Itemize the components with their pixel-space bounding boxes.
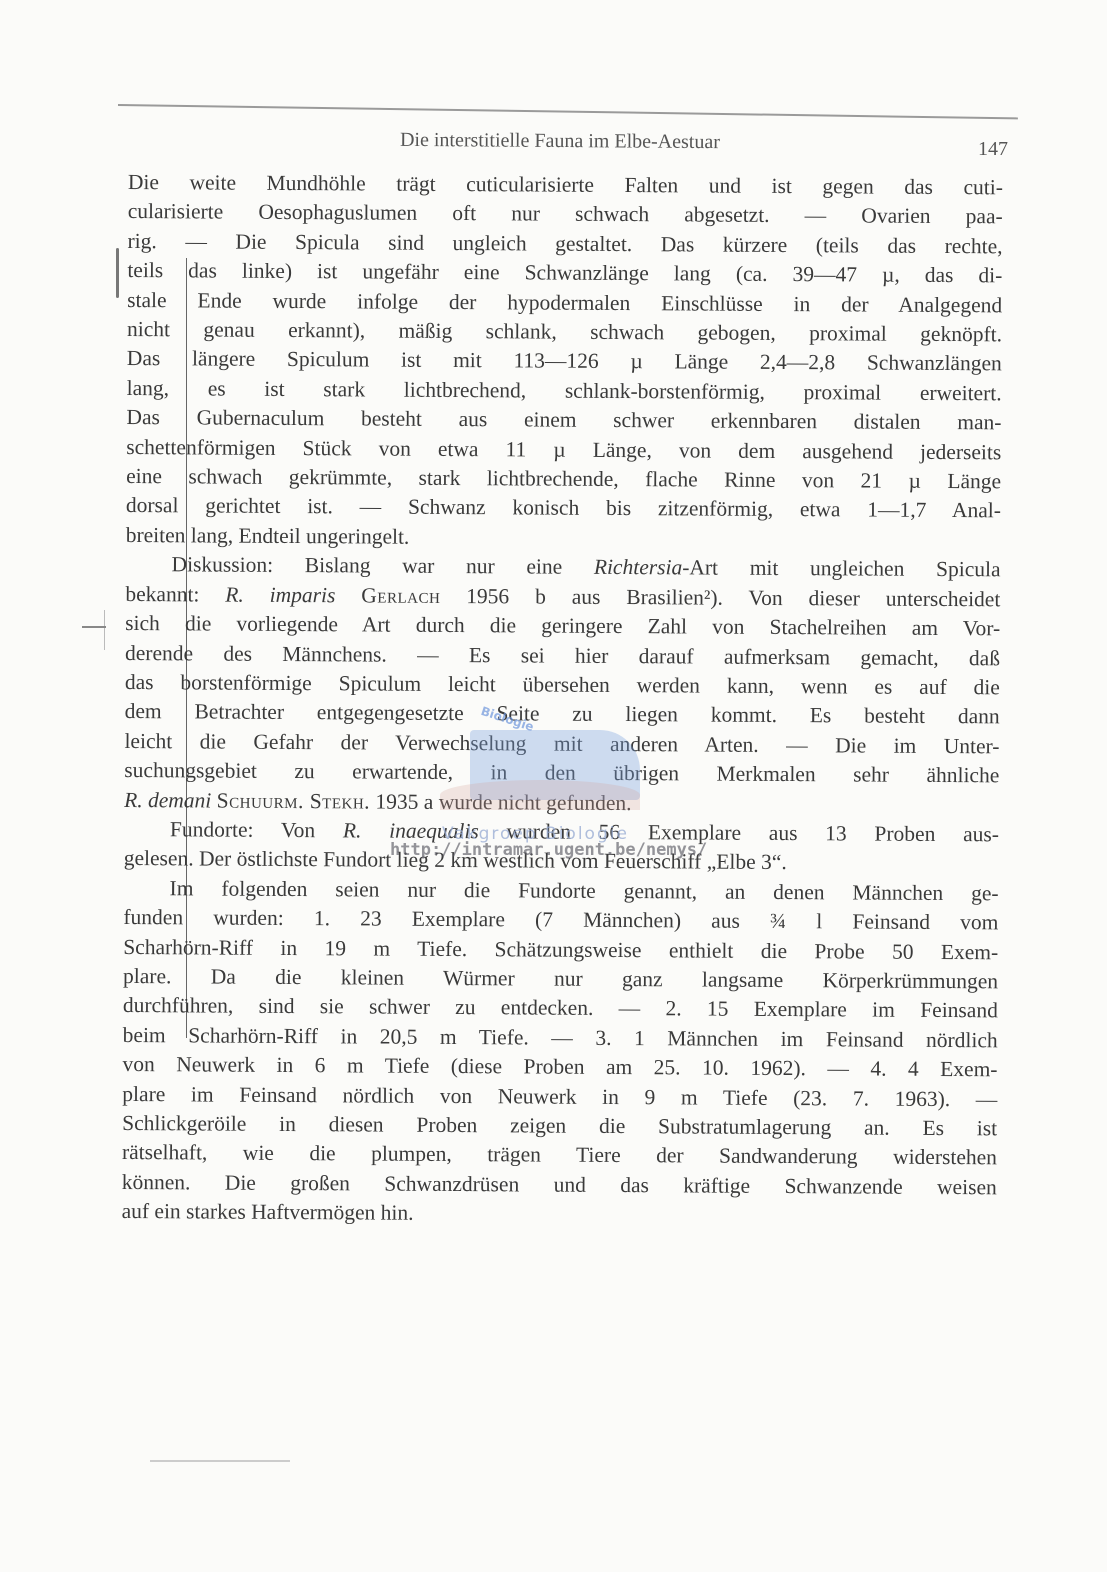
margin-tick [104, 610, 105, 650]
margin-mark [116, 248, 119, 298]
author-name: Schuurm. Stekh. [217, 788, 371, 813]
text-run: -Art mit ungleichen Spicula [682, 556, 1000, 582]
genus-name: Richtersia [594, 555, 683, 580]
text-line: auf ein starkes Haftvermögen hin. [122, 1197, 997, 1232]
header-rule [118, 104, 1018, 119]
text-run: 1935 a wurde nicht gefunden. [370, 789, 632, 815]
author-name: Gerlach [361, 583, 440, 607]
paragraph-diskussion: Diskussion: Bislang war nur eine Richter… [124, 550, 1001, 820]
text-run: Fundorte: Von [170, 817, 343, 842]
species-name: R. imparis [225, 582, 335, 607]
footer-smudge [150, 1460, 290, 1462]
running-title: Die interstitielle Fauna im Elbe-Aestuar [400, 129, 720, 154]
paragraph-localities: Im folgenden seien nur die Fundorte gena… [122, 874, 999, 1232]
text-run: Diskussion: Bislang war nur eine [172, 553, 594, 580]
text-run: bekannt: [125, 582, 225, 607]
margin-dash [82, 626, 106, 628]
text-line: von Neuwerk in 6 m Tiefe (diese Proben a… [122, 1050, 997, 1085]
paragraph-fundorte: Fundorte: Von R. inaequalis wurden 56 Ex… [124, 815, 999, 879]
species-name: R. demani [124, 788, 211, 813]
text-line: sich die vorliegende Art durch die gerin… [125, 609, 1000, 644]
text-line: Das Gubernaculum besteht aus einem schwe… [126, 403, 1001, 438]
body-text: Die weite Mundhöhle trägt cuticularisier… [122, 168, 1003, 1232]
text-line: suchungsgebiet zu erwartende, in den übr… [124, 756, 999, 791]
page-number: 147 [978, 138, 1008, 161]
text-run: wurden 56 Exemplare aus 13 Proben aus- [479, 819, 999, 846]
scanned-page: Die interstitielle Fauna im Elbe-Aestuar… [0, 0, 1107, 1572]
text-run: 1956 b aus Brasilien²). Von dieser unter… [440, 584, 1000, 611]
text-line: funden wurden: 1. 23 Exemplare (7 Männch… [123, 903, 998, 938]
paragraph-description: Die weite Mundhöhle trägt cuticularisier… [126, 168, 1003, 556]
text-line: teils das linke) ist ungefähr eine Schwa… [127, 256, 1002, 291]
species-name: R. inaequalis [343, 818, 479, 843]
